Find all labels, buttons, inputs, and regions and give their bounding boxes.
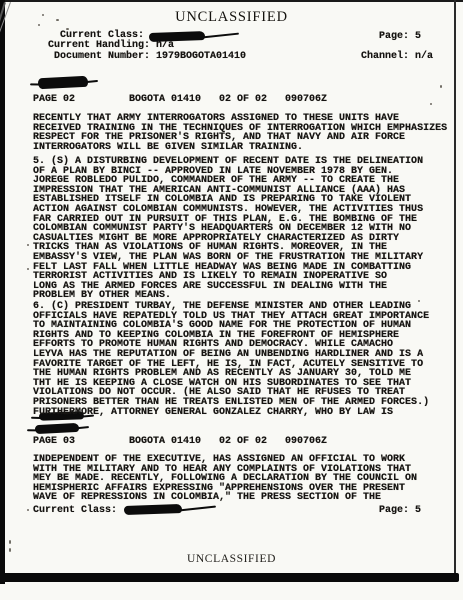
scan-smudge bbox=[27, 244, 29, 246]
mid-page-stamp-redaction-2 bbox=[35, 423, 79, 434]
footer-page-number: Page: 5 bbox=[379, 506, 421, 516]
scan-smudge bbox=[27, 268, 29, 270]
scan-smudge bbox=[418, 300, 420, 302]
scan-border-left bbox=[0, 0, 5, 584]
paragraph-6: 6. (C) PRESIDENT TURBAY, THE DEFENSE MIN… bbox=[33, 302, 429, 417]
scan-smudge bbox=[56, 19, 59, 21]
paragraph-5: 5. (S) A DISTURBING DEVELOPMENT OF RECEN… bbox=[33, 157, 423, 301]
paragraph-7: INDEPENDENT OF THE EXECUTIVE, HAS ASSIGN… bbox=[33, 455, 417, 503]
classification-banner-top: UNCLASSIFIED bbox=[0, 9, 463, 26]
scan-smudge bbox=[440, 85, 442, 88]
scan-smudge bbox=[42, 14, 44, 16]
scan-smudge bbox=[38, 24, 40, 26]
scan-smudge bbox=[9, 540, 11, 544]
header-page-number: Page: 5 bbox=[379, 32, 421, 42]
scan-bottom-bar bbox=[2, 573, 459, 582]
current-class-bottom-redaction bbox=[124, 504, 182, 515]
classification-stamp-redaction bbox=[38, 76, 89, 90]
scan-border-top bbox=[0, 0, 463, 2]
scan-border-right bbox=[454, 0, 456, 576]
classification-banner-bottom: UNCLASSIFIED bbox=[0, 553, 463, 565]
paragraph-intro: RECENTLY THAT ARMY INTERROGATORS ASSIGNE… bbox=[33, 114, 447, 152]
scan-smudge bbox=[430, 103, 432, 105]
document-scan-page: UNCLASSIFIED Current Class: Current Hand… bbox=[0, 0, 463, 600]
scan-smudge bbox=[66, 28, 69, 30]
page02-header-line: PAGE 02 BOGOTA 01410 02 OF 02 090706Z bbox=[33, 95, 327, 105]
header-channel: Channel: n/a bbox=[361, 52, 433, 62]
footer-current-class-label: Current Class: bbox=[33, 506, 123, 516]
scan-smudge bbox=[9, 548, 11, 552]
scan-smudge bbox=[27, 509, 29, 511]
page03-header-line: PAGE 03 BOGOTA 01410 02 OF 02 090706Z bbox=[33, 437, 327, 447]
